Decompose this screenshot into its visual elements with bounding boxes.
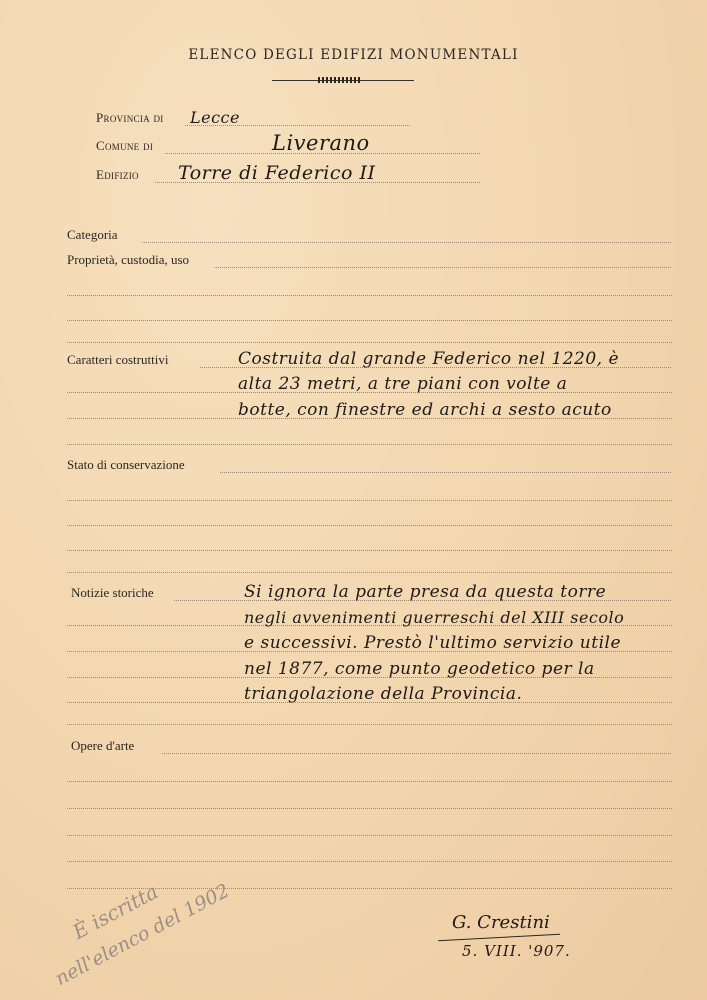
edifizio-value: Torre di Federico II (178, 162, 375, 184)
blank-line (0, 276, 707, 300)
dotted-line (67, 320, 672, 321)
stato-label: Stato di conservazione (67, 457, 185, 473)
categoria-dotted-line (142, 242, 672, 243)
dotted-line (67, 500, 672, 501)
stato-dotted-line (220, 472, 672, 473)
blank-line (0, 481, 707, 505)
dotted-line (67, 808, 672, 809)
blank-line (0, 553, 707, 577)
blank-line (0, 531, 707, 555)
dotted-line (67, 888, 672, 889)
title-ornament-icon (318, 77, 362, 83)
opere-label: Opere d'arte (71, 738, 134, 754)
caratteri-row-2: alta 23 metri, a tre piani con volte a (0, 373, 707, 397)
notizie-row: Notizie storiche Si ignora la parte pres… (0, 581, 707, 605)
provincia-label: Provincia di (96, 110, 164, 126)
blank-line (0, 842, 707, 866)
signature-underline (438, 934, 560, 941)
comune-row: Comune di Liverano (0, 134, 707, 158)
blank-line (0, 789, 707, 813)
notizie-line-5: triangolazione della Provincia. (244, 684, 522, 704)
blank-line (0, 323, 707, 347)
notizie-row-3: e successivi. Prestò l'ultimo servizio u… (0, 632, 707, 656)
proprieta-label: Proprietà, custodia, uso (67, 252, 189, 268)
notizie-line-4: nel 1877, come punto geodetico per la (244, 659, 595, 679)
caratteri-line-1: Costruita dal grande Federico nel 1220, … (238, 349, 619, 369)
caratteri-row-3: botte, con finestre ed archi a sesto acu… (0, 399, 707, 423)
blank-line (0, 506, 707, 530)
opere-dotted-line (162, 753, 672, 754)
blank-line (0, 869, 707, 893)
proprieta-row: Proprietà, custodia, uso (0, 248, 707, 272)
dotted-line (67, 572, 672, 573)
caratteri-label: Caratteri costruttivi (67, 352, 168, 368)
document-title: ELENCO DEGLI EDIFIZI MONUMENTALI (0, 47, 707, 63)
provincia-value: Lecce (190, 108, 240, 127)
notizie-line-1: Si ignora la parte presa da questa torre (244, 582, 606, 602)
edifizio-label: Edifizio (96, 167, 139, 183)
caratteri-line-2: alta 23 metri, a tre piani con volte a (238, 374, 567, 394)
categoria-row: Categoria (0, 223, 707, 247)
dotted-line (67, 550, 672, 551)
dotted-line (67, 444, 672, 445)
signature: G. Crestini (452, 912, 550, 933)
dotted-line (67, 861, 672, 862)
blank-line (0, 816, 707, 840)
blank-line (0, 762, 707, 786)
blank-line (0, 425, 707, 449)
notizie-row-5: triangolazione della Provincia. (0, 683, 707, 707)
dotted-line (67, 781, 672, 782)
categoria-label: Categoria (67, 227, 118, 243)
dotted-line (67, 525, 672, 526)
blank-line (0, 301, 707, 325)
comune-value: Liverano (272, 131, 370, 155)
caratteri-line-3: botte, con finestre ed archi a sesto acu… (238, 400, 612, 420)
caratteri-row: Caratteri costruttivi Costruita dal gran… (0, 348, 707, 372)
stato-row: Stato di conservazione (0, 453, 707, 477)
edifizio-row: Edifizio Torre di Federico II (0, 163, 707, 187)
proprieta-dotted-line (214, 267, 672, 268)
signature-date: 5. VIII. '907. (462, 942, 571, 960)
provincia-row: Provincia di Lecce (0, 106, 707, 130)
blank-line (0, 705, 707, 729)
dotted-line (67, 295, 672, 296)
comune-label: Comune di (96, 138, 153, 154)
dotted-line (67, 724, 672, 725)
dotted-line (67, 342, 672, 343)
notizie-line-3: e successivi. Prestò l'ultimo servizio u… (244, 633, 621, 653)
notizie-row-4: nel 1877, come punto geodetico per la (0, 658, 707, 682)
dotted-line (67, 835, 672, 836)
notizie-row-2: negli avvenimenti guerreschi del XIII se… (0, 606, 707, 630)
notizie-line-2: negli avvenimenti guerreschi del XIII se… (244, 608, 624, 627)
opere-row: Opere d'arte (0, 734, 707, 758)
notizie-label: Notizie storiche (71, 585, 154, 601)
